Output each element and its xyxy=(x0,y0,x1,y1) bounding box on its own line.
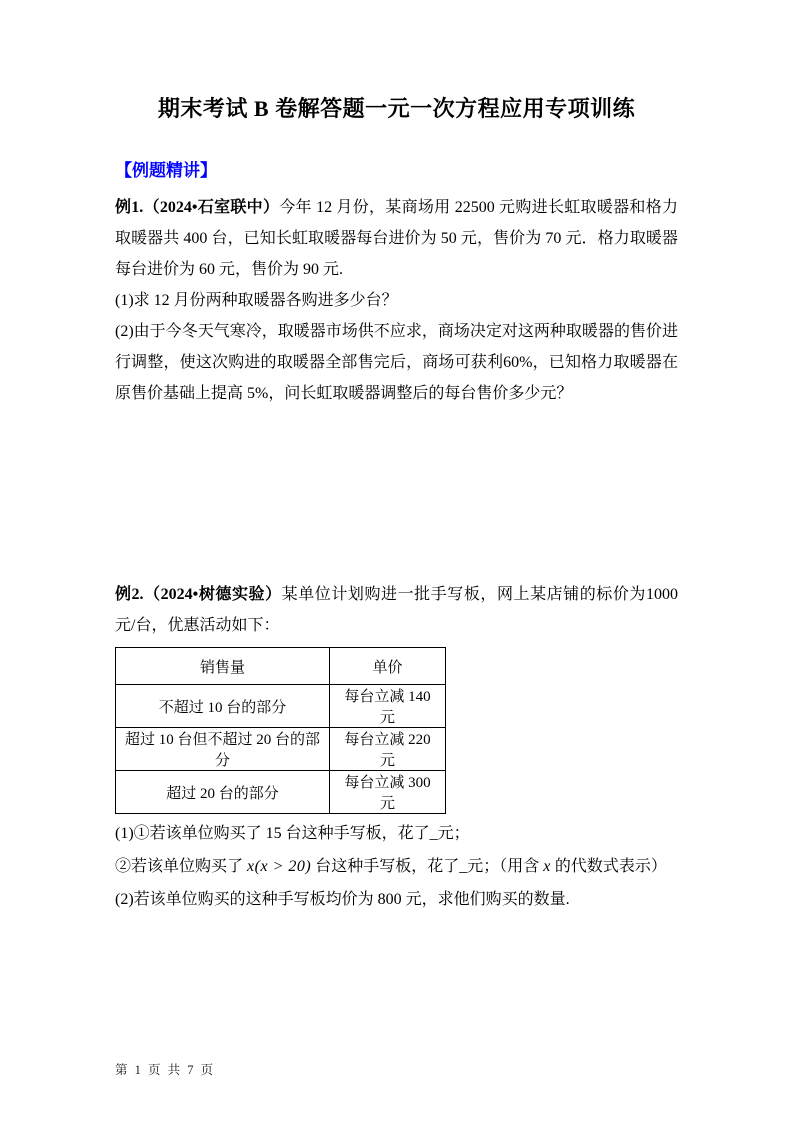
page-title: 期末考试 B 卷解答题一元一次方程应用专项训练 xyxy=(115,96,678,122)
answer-space xyxy=(115,409,678,579)
table-row: 超过 20 台的部分 每台立减 300 元 xyxy=(116,771,446,814)
table-row: 超过 10 台但不超过 20 台的部分 每台立减 220 元 xyxy=(116,728,446,771)
table-cell-tier3-discount: 每台立减 300 元 xyxy=(330,771,446,814)
example1-intro: 例1.（2024•石室联中）今年 12 月份，某商场用 22500 元购进长虹取… xyxy=(115,192,678,285)
example2-label: 例2.（2024•树德实验） xyxy=(115,586,282,603)
discount-table: 销售量 单价 不超过 10 台的部分 每台立减 140 元 超过 10 台但不超… xyxy=(115,647,446,814)
document-page: 期末考试 B 卷解答题一元一次方程应用专项训练 【例题精讲】 例1.（2024•… xyxy=(0,0,793,1122)
circled-number-2: ② xyxy=(115,858,131,875)
example2-question-1a: (1)①若该单位购买了 15 台这种手写板，花了_元； xyxy=(115,818,678,850)
section-heading: 【例题精讲】 xyxy=(115,160,678,182)
example1-question-1: (1)求 12 月份两种取暖器各购进多少台？ xyxy=(115,285,678,316)
table-cell-tier3-range: 超过 20 台的部分 xyxy=(116,771,330,814)
table-row: 不超过 10 台的部分 每台立减 140 元 xyxy=(116,685,446,728)
table-cell-tier1-range: 不超过 10 台的部分 xyxy=(116,685,330,728)
table-header-row: 销售量 单价 xyxy=(116,648,446,685)
table-cell-tier2-discount: 每台立减 220 元 xyxy=(330,728,446,771)
example1-label: 例1.（2024•石室联中） xyxy=(115,199,279,216)
table-cell-tier1-discount: 每台立减 140 元 xyxy=(330,685,446,728)
example1-question-2: (2)由于今冬天气寒冷，取暖器市场供不应求，商场决定对这两种取暖器的售价进行调整… xyxy=(115,316,678,409)
math-variable-x: x xyxy=(543,858,551,875)
table-header-unit-price: 单价 xyxy=(330,648,446,685)
example2-questions: (1)①若该单位购买了 15 台这种手写板，花了_元； ②若该单位购买了 x(x… xyxy=(115,818,678,916)
table-header-sales-volume: 销售量 xyxy=(116,648,330,685)
math-expression: x(x > 20) xyxy=(247,858,311,875)
example2-intro: 例2.（2024•树德实验）某单位计划购进一批手写板，网上某店铺的标价为1000… xyxy=(115,579,678,641)
table-cell-tier2-range: 超过 10 台但不超过 20 台的部分 xyxy=(116,728,330,771)
page-footer: 第 1 页 共 7 页 xyxy=(115,1060,215,1078)
example2-question-1b: ②若该单位购买了 x(x > 20) 台这种手写板，花了_元；（用含 x 的代数… xyxy=(115,851,678,883)
example2-question-2: (2)若该单位购买的这种手写板均价为 800 元，求他们购买的数量. xyxy=(115,884,678,916)
